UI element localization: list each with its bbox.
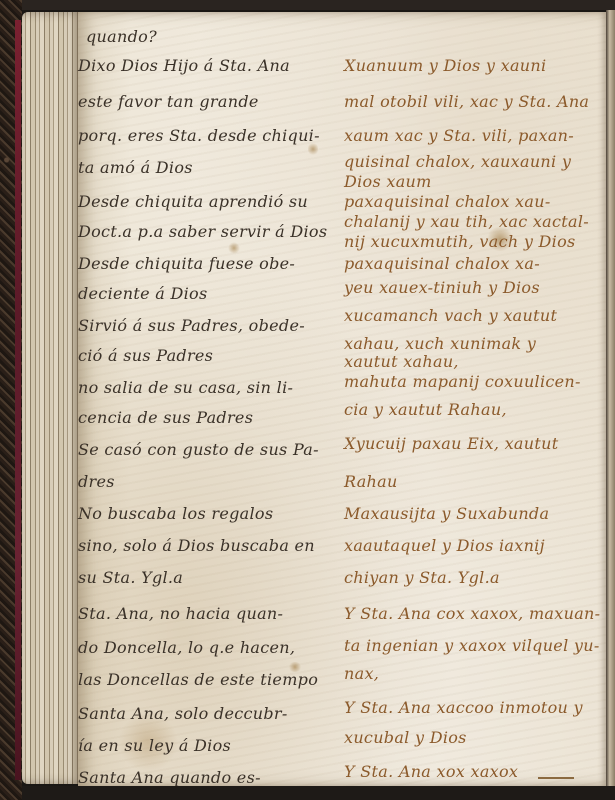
left-text-line: sino, solo á Dios buscaba en — [78, 536, 315, 555]
right-text-line: Y Sta. Ana xox xaxox — [344, 762, 518, 781]
page-edges-stack — [22, 12, 82, 784]
right-text-line: yeu xauex-tiniuh y Dios — [344, 278, 540, 297]
red-cover-edge — [15, 20, 21, 780]
left-text-line: quando? — [86, 27, 157, 46]
left-text-line: Se casó con gusto de sus Pa- — [78, 440, 319, 459]
catchword-mark — [538, 777, 574, 779]
left-text-line: Santa Ana, solo deccubr- — [78, 704, 288, 723]
right-text-line: xucamanch vach y xautut — [344, 306, 557, 325]
right-text-line: nij xucuxmutih, vach y Dios — [344, 232, 576, 251]
left-text-line: este favor tan grande — [78, 92, 259, 111]
left-text-line: Desde chiquita aprendió su — [78, 192, 308, 211]
right-text-line: mal otobil vili, xac y Sta. Ana — [344, 92, 589, 111]
right-text-line: Xuanuum y Dios y xauni — [344, 56, 546, 75]
right-text-line: paxaquisinal chalox xau- — [344, 192, 551, 211]
left-text-line: Dixo Dios Hijo á Sta. Ana — [78, 56, 290, 75]
left-text-line: dres — [78, 472, 115, 491]
right-page-edge — [606, 10, 615, 790]
left-text-line: do Doncella, lo q.e hacen, — [78, 638, 295, 657]
right-text-line: xautut xahau, — [344, 352, 459, 371]
left-text-line: las Doncellas de este tiempo — [78, 670, 318, 689]
left-text-line: ía en su ley á Dios — [78, 736, 231, 755]
right-text-line: quisinal chalox, xauxauni y — [344, 152, 571, 171]
left-text-line: Sirvió á sus Padres, obede- — [78, 316, 305, 335]
right-text-line: Dios xaum — [344, 172, 432, 191]
right-text-line: nax, — [344, 664, 379, 683]
left-text-line: Doct.a p.a saber servir á Dios — [78, 222, 327, 241]
right-text-line: ta ingenian y xaxox vilquel yu- — [344, 636, 600, 655]
left-text-line: Santa Ana quando es- — [78, 768, 261, 787]
left-text-line: Sta. Ana, no hacia quan- — [78, 604, 283, 623]
right-text-line: xaautaquel y Dios iaxnij — [344, 536, 545, 555]
right-text-line: chalanij y xau tih, xac xactal- — [344, 212, 589, 231]
right-text-line: Maxausijta y Suxabunda — [344, 504, 549, 523]
left-text-line: ció á sus Padres — [78, 346, 213, 365]
left-text-line: No buscaba los regalos — [78, 504, 273, 523]
right-text-line: Y Sta. Ana cox xaxox, maxuan- — [344, 604, 600, 623]
scan-background-bottom — [22, 786, 615, 800]
left-text-line: no salia de su casa, sin li- — [78, 378, 293, 397]
right-text-line: xahau, xuch xunimak y — [344, 334, 536, 353]
right-text-line: cia y xautut Rahau, — [344, 400, 507, 419]
ink-stain — [228, 242, 240, 254]
left-text-line: ta amó á Dios — [78, 158, 193, 177]
left-text-line: cencia de sus Padres — [78, 408, 253, 427]
left-text-line: Desde chiquita fuese obe- — [78, 254, 295, 273]
right-text-line: mahuta mapanij coxuulicen- — [344, 372, 581, 391]
right-text-line: Rahau — [344, 472, 398, 491]
right-text-line: xucubal y Dios — [344, 728, 467, 747]
left-text-line: su Sta. Ygl.a — [78, 568, 183, 587]
right-text-line: paxaquisinal chalox xa- — [344, 254, 540, 273]
scan-background-top — [0, 0, 615, 10]
right-text-line: xaum xac y Sta. vili, paxan- — [344, 126, 574, 145]
left-text-line: deciente á Dios — [78, 284, 207, 303]
left-text-line: porq. eres Sta. desde chiqui- — [78, 126, 320, 145]
right-text-line: Xyucuij paxau Eix, xautut — [344, 434, 558, 453]
manuscript-page: quando? Dixo Dios Hijo á Sta. Ana este f… — [78, 12, 609, 786]
right-text-line: Y Sta. Ana xaccoo inmotou y — [344, 698, 583, 717]
right-text-line: chiyan y Sta. Ygl.a — [344, 568, 500, 587]
